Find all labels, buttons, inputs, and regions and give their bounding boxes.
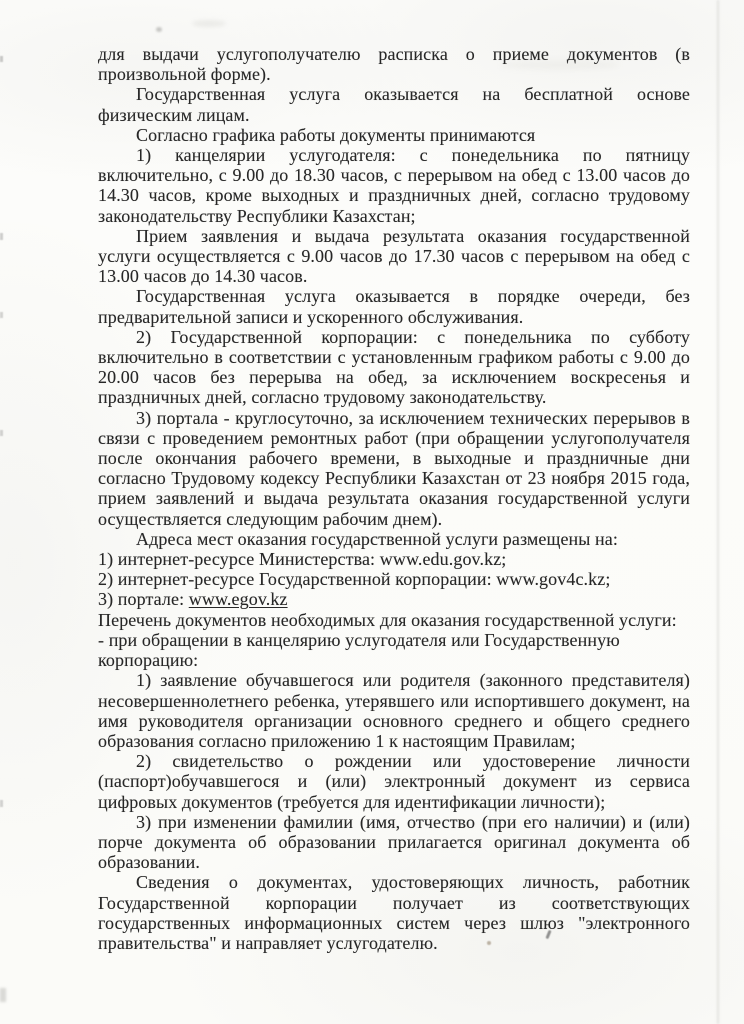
para-portal-hours: 3) портала - круглосуточно, за исключени…	[98, 408, 690, 529]
scan-smudge	[156, 27, 162, 32]
scanned-document-page: для выдачи услугополучателю расписка о п…	[0, 0, 744, 1024]
scan-corner-shade	[0, 988, 6, 1002]
list-item-govcorp-url: 2) интернет-ресурсе Государственной корп…	[98, 569, 690, 589]
para-doc-2-identity: 2) свидетельство о рождении или удостове…	[98, 751, 690, 812]
para-application-hours: Прием заявления и выдача результата оказ…	[98, 226, 690, 287]
para-doc-3-name-change: 3) при изменении фамилии (имя, отчество …	[98, 812, 690, 873]
portal-url-prefix: 3) портале:	[98, 589, 189, 609]
scan-edge-tick	[0, 312, 3, 318]
portal-url-link: www.egov.kz	[189, 589, 288, 609]
scan-smudge	[192, 20, 226, 27]
scan-edge-tick	[0, 233, 3, 240]
para-application-channel: - при обращении в канцелярию услугодател…	[98, 630, 690, 670]
para-doc-1-application: 1) заявление обучавшегося или родителя (…	[98, 670, 690, 751]
para-identity-gateway: Сведения о документах, удостоверяющих ли…	[98, 872, 690, 953]
document-text-block: для выдачи услугополучателю расписка о п…	[98, 44, 690, 953]
scan-edge-tick	[0, 430, 3, 436]
para-schedule-intro: Согласно графика работы документы приним…	[98, 125, 690, 145]
para-receipt-issue: для выдачи услугополучателю расписка о п…	[98, 44, 690, 84]
scan-edge-tick	[0, 56, 3, 62]
scan-edge-tick	[0, 800, 3, 807]
para-queue-order: Государственная услуга оказывается в пор…	[98, 286, 690, 326]
para-chancellery-hours: 1) канцелярии услугодателя: с понедельни…	[98, 145, 690, 226]
list-item-portal-url: 3) портале: www.egov.kz	[98, 589, 690, 609]
para-documents-list-intro: Перечень документов необходимых для оказ…	[98, 610, 690, 630]
paper-edge-shadow	[717, 0, 719, 1024]
para-free-service: Государственная услуга оказывается на бе…	[98, 84, 690, 124]
list-item-ministry-url: 1) интернет-ресурсе Министерства: www.ed…	[98, 549, 690, 569]
para-addresses-intro: Адреса мест оказания государственной усл…	[98, 529, 690, 549]
para-gov-corporation-hours: 2) Государственной корпорации: с понедел…	[98, 327, 690, 408]
